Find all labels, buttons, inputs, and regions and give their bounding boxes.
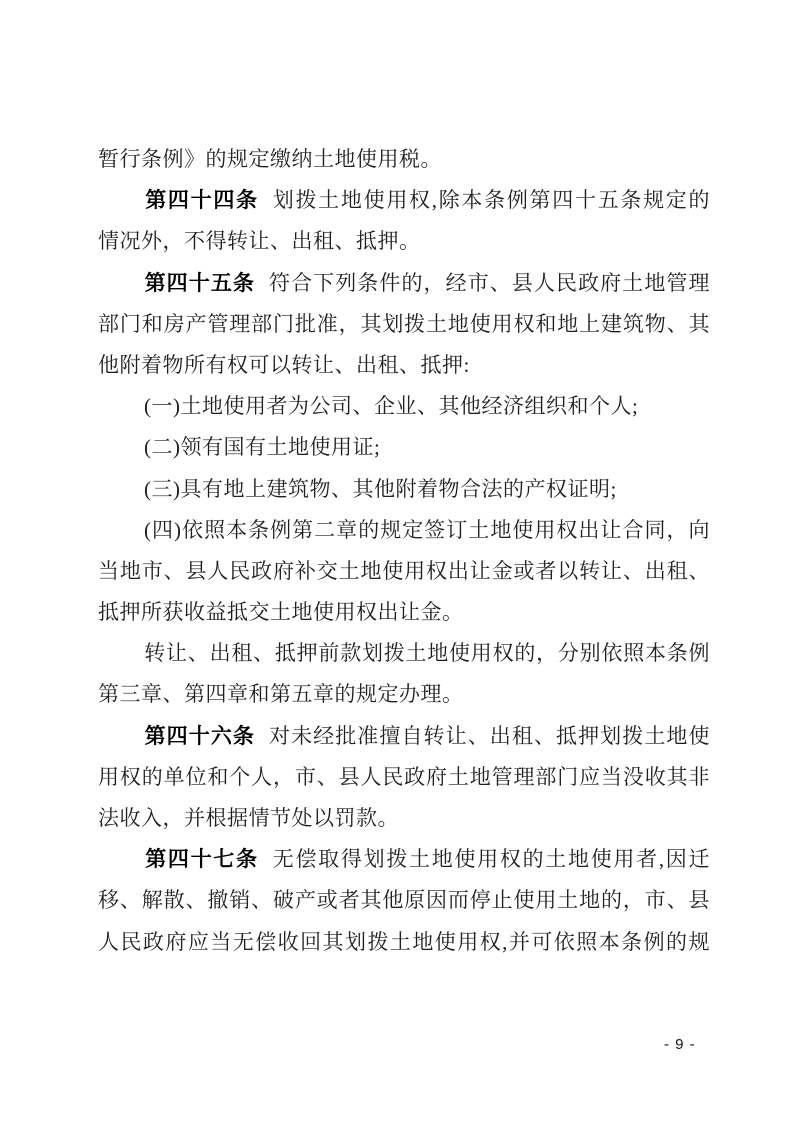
line-text: 部门和房产管理部门批准，其划拨土地使用权和地上建筑物、其 — [98, 312, 710, 336]
paragraph-indent — [98, 453, 144, 454]
paragraph-indent — [98, 536, 144, 537]
text-line: 人民政府应当无偿收回其划拨土地使用权,并可依照本条例的规 — [98, 922, 710, 963]
line-text: 用权的单位和个人，市、县人民政府土地管理部门应当没收其非 — [98, 765, 710, 789]
document-page: 暂行条例》的规定缴纳土地使用税。第四十四条划拨土地使用权,除本条例第四十五条规定… — [0, 0, 793, 1122]
text-line: 法收入，并根据情节处以罚款。 — [98, 798, 710, 839]
document-body: 暂行条例》的规定缴纳土地使用税。第四十四条划拨土地使用权,除本条例第四十五条规定… — [98, 139, 710, 963]
page-number: - 9 - — [664, 1036, 696, 1053]
text-line: 部门和房产管理部门批准，其划拨土地使用权和地上建筑物、其 — [98, 304, 710, 345]
text-line: 第四十四条划拨土地使用权,除本条例第四十五条规定的 — [98, 180, 710, 221]
line-text: 第三章、第四章和第五章的规定办理。 — [98, 682, 464, 706]
text-line: 抵押所获收益抵交土地使用权出让金。 — [98, 592, 710, 633]
paragraph-indent — [98, 659, 144, 660]
paragraph-indent — [98, 289, 144, 290]
line-text: (四)依照本条例第二章的规定签订土地使用权出让合同，向 — [144, 518, 710, 542]
line-text: 转让、出租、抵押前款划拨土地使用权的，分别依照本条例 — [144, 641, 710, 665]
text-line: 他附着物所有权可以转让、出租、抵押: — [98, 345, 710, 386]
line-text: (一)土地使用者为公司、企业、其他经济组织和个人; — [144, 394, 638, 418]
text-line: 当地市、县人民政府补交土地使用权出让金或者以转让、出租、 — [98, 551, 710, 592]
text-line: 用权的单位和个人，市、县人民政府土地管理部门应当没收其非 — [98, 757, 710, 798]
paragraph-indent — [98, 495, 144, 496]
line-text: 他附着物所有权可以转让、出租、抵押: — [98, 353, 470, 377]
text-line: 移、解散、撤销、破产或者其他原因而停止使用土地的，市、县 — [98, 880, 710, 921]
article-number-heading: 第四十五条 — [144, 271, 255, 295]
line-text: 抵押所获收益抵交土地使用权出让金。 — [98, 600, 464, 624]
line-text: 法收入，并根据情节处以罚款。 — [98, 806, 399, 830]
paragraph-indent — [98, 865, 144, 866]
text-line: 转让、出租、抵押前款划拨土地使用权的，分别依照本条例 — [98, 633, 710, 674]
article-number-heading: 第四十六条 — [144, 724, 255, 748]
text-line: 情况外，不得转让、出租、抵押。 — [98, 221, 710, 262]
line-text: 符合下列条件的，经市、县人民政府土地管理 — [269, 271, 710, 295]
paragraph-indent — [98, 412, 144, 413]
text-line: (二)领有国有土地使用证; — [98, 427, 710, 468]
text-line: 第四十六条对未经批准擅自转让、出租、抵押划拨土地使 — [98, 716, 710, 757]
line-text: (三)具有地上建筑物、其他附着物合法的产权证明; — [144, 477, 617, 501]
line-text: 对未经批准擅自转让、出租、抵押划拨土地使 — [269, 724, 710, 748]
text-line: 第四十七条无偿取得划拨土地使用权的土地使用者,因迁 — [98, 839, 710, 880]
line-text: 暂行条例》的规定缴纳土地使用税。 — [98, 147, 442, 171]
text-line: 暂行条例》的规定缴纳土地使用税。 — [98, 139, 710, 180]
line-text: 人民政府应当无偿收回其划拨土地使用权,并可依照本条例的规 — [98, 930, 710, 954]
paragraph-indent — [98, 206, 144, 207]
line-text: 情况外，不得转让、出租、抵押。 — [98, 229, 421, 253]
text-line: 第四十五条符合下列条件的，经市、县人民政府土地管理 — [98, 263, 710, 304]
text-line: (一)土地使用者为公司、企业、其他经济组织和个人; — [98, 386, 710, 427]
line-text: 无偿取得划拨土地使用权的土地使用者,因迁 — [273, 847, 710, 871]
line-text: 当地市、县人民政府补交土地使用权出让金或者以转让、出租、 — [98, 559, 710, 583]
paragraph-indent — [98, 742, 144, 743]
text-line: (四)依照本条例第二章的规定签订土地使用权出让合同，向 — [98, 510, 710, 551]
line-text: (二)领有国有土地使用证; — [144, 435, 380, 459]
article-number-heading: 第四十七条 — [144, 847, 259, 871]
line-text: 移、解散、撤销、破产或者其他原因而停止使用土地的，市、县 — [98, 888, 710, 912]
text-line: (三)具有地上建筑物、其他附着物合法的产权证明; — [98, 469, 710, 510]
line-text: 划拨土地使用权,除本条例第四十五条规定的 — [273, 188, 710, 212]
text-line: 第三章、第四章和第五章的规定办理。 — [98, 674, 710, 715]
article-number-heading: 第四十四条 — [144, 188, 259, 212]
